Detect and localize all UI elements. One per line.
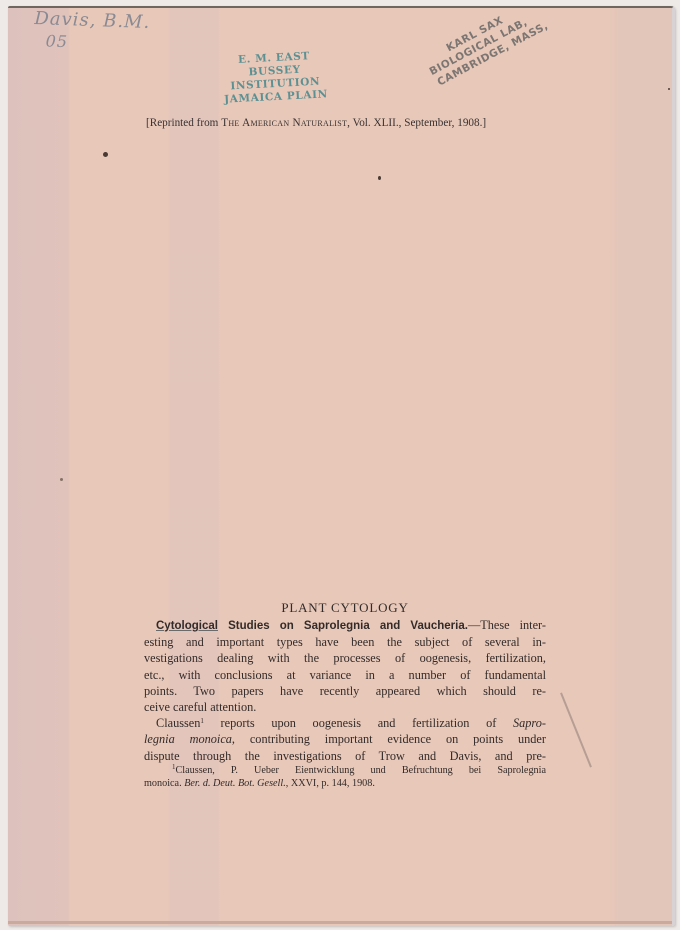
text-line: Claussen1 reports upon oogenesis and fer… bbox=[144, 715, 546, 731]
reprint-suffix: , Vol. XLII., September, 1908.] bbox=[347, 117, 486, 129]
text-line: etc., with conclusions at variance in a … bbox=[144, 667, 546, 683]
footnote-text: , XXVI, p. 144, 1908. bbox=[286, 778, 375, 789]
species-name: legnia monoica bbox=[144, 732, 232, 746]
stamp-em-east: E. M. EAST BUSSEY INSTITUTION JAMAICA PL… bbox=[204, 48, 347, 107]
article-body: PLANT CYTOLOGY Cytological Studies on Sa… bbox=[144, 600, 546, 790]
text-line-content: —These inter- bbox=[468, 618, 546, 632]
reprint-prefix: [Reprinted from bbox=[146, 117, 221, 129]
text-line: esting and important types have been the… bbox=[144, 634, 546, 650]
text-line: points. Two papers have recently appeare… bbox=[144, 683, 546, 699]
paper-speck bbox=[60, 478, 63, 481]
footnote-text: monoica. bbox=[144, 778, 184, 789]
handwritten-note: Davis, B.M. 05 bbox=[33, 8, 150, 56]
species-name: Sapro- bbox=[513, 716, 546, 730]
footnote-line: monoica. Ber. d. Deut. Bot. Gesell., XXV… bbox=[144, 777, 546, 790]
paper-speck bbox=[668, 88, 670, 90]
text-line: legnia monoica, contributing important e… bbox=[144, 731, 546, 747]
text-span: reports upon oogenesis and fertilization… bbox=[204, 716, 513, 730]
handwritten-number: 05 bbox=[45, 30, 150, 56]
handwritten-name: Davis, B.M. bbox=[34, 8, 151, 33]
text-line: Cytological Studies on Saprolegnia and V… bbox=[144, 617, 546, 634]
author-name: Claussen bbox=[156, 716, 200, 730]
text-line: dispute through the investigations of Tr… bbox=[144, 748, 546, 764]
journal-name: The American Naturalist bbox=[221, 117, 347, 129]
paragraph-2: Claussen1 reports upon oogenesis and fer… bbox=[144, 715, 546, 764]
lead-title: Cytological Studies on Saprolegnia and V… bbox=[156, 620, 468, 632]
journal-citation: Ber. d. Deut. Bot. Gesell. bbox=[184, 778, 286, 789]
lead-title-rest: Studies on Saprolegnia and Vaucheria. bbox=[218, 620, 468, 632]
section-title: PLANT CYTOLOGY bbox=[144, 600, 546, 616]
text-line: ceive careful attention. bbox=[144, 699, 546, 715]
paper-speck bbox=[378, 176, 381, 180]
footnote-line: 1Claussen, P. Ueber Eientwicklung und Be… bbox=[144, 764, 546, 777]
text-line: vestigations dealing with the processes … bbox=[144, 650, 546, 666]
footnote: 1Claussen, P. Ueber Eientwicklung und Be… bbox=[144, 764, 546, 790]
reprint-notice: [Reprinted from The American Naturalist,… bbox=[146, 117, 486, 129]
lead-title-underlined: Cytological bbox=[156, 620, 218, 632]
paragraph-1: Cytological Studies on Saprolegnia and V… bbox=[144, 617, 546, 715]
text-span: , contributing important evidence on poi… bbox=[232, 732, 546, 746]
paper-speck bbox=[103, 152, 108, 157]
footnote-text: Claussen, P. Ueber Eientwicklung und Bef… bbox=[176, 765, 547, 776]
page-bottom-edge bbox=[8, 921, 672, 924]
